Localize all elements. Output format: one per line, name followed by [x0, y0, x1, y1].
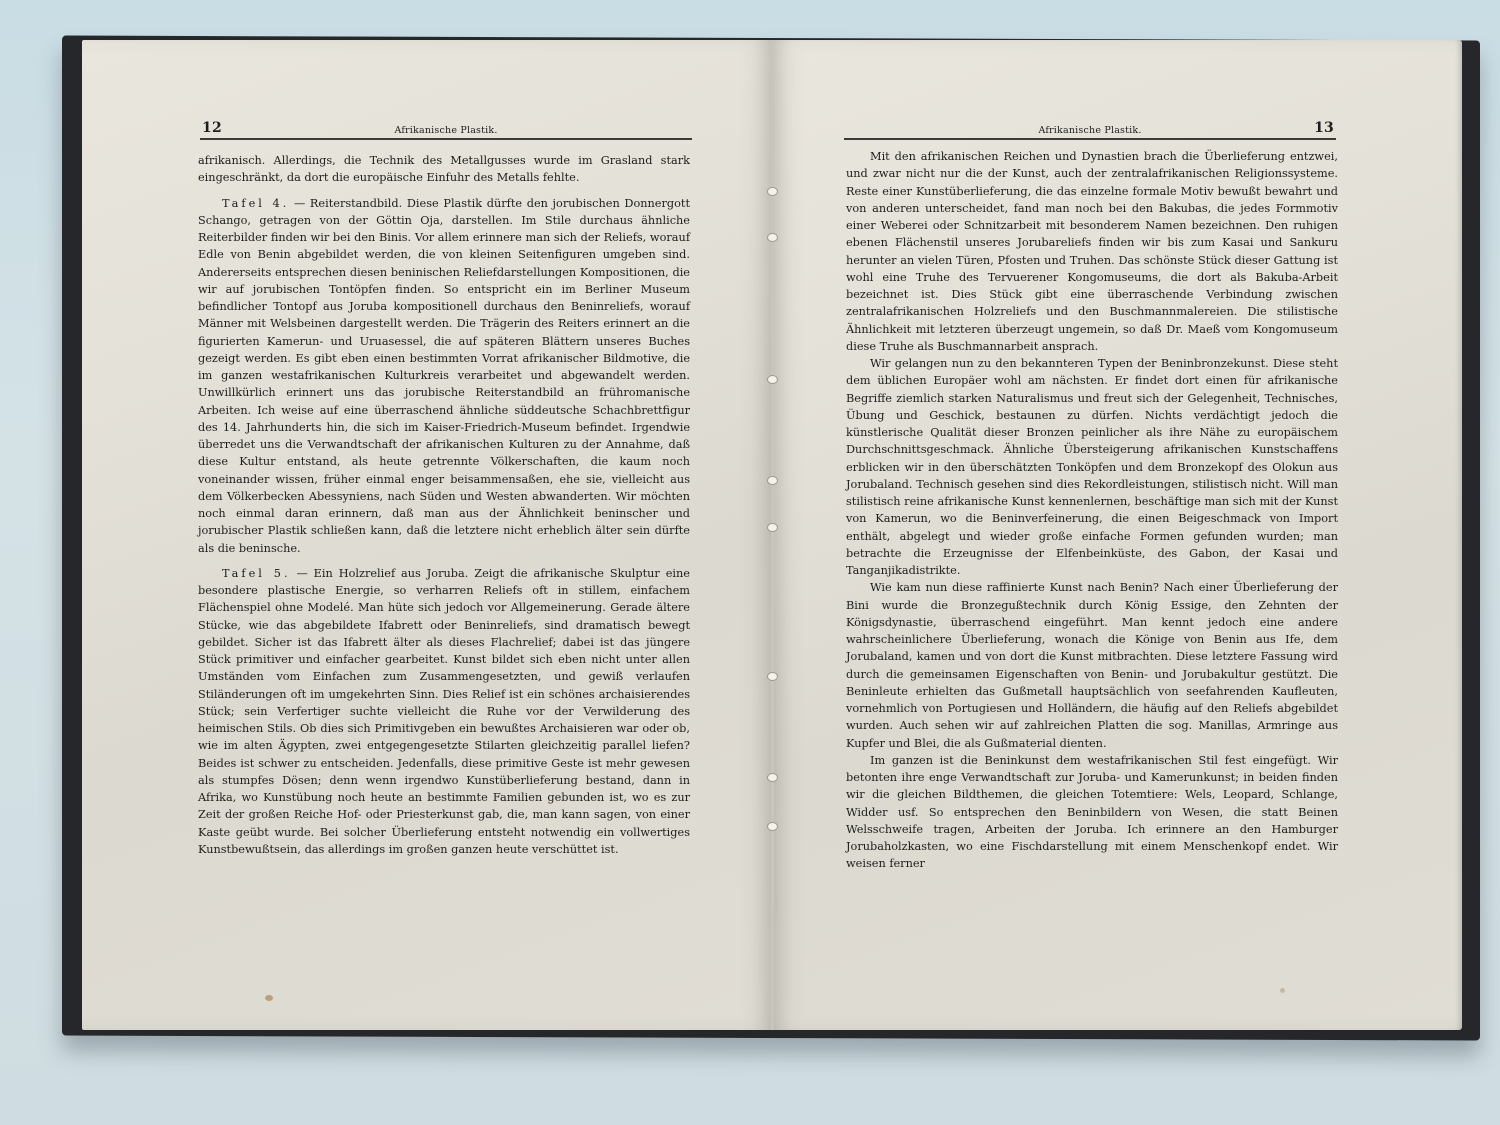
- paragraph: Mit den afrikanischen Reichen und Dynast…: [846, 148, 1338, 355]
- left-page-header: 12 Afrikanische Plastik.: [200, 120, 692, 140]
- paragraph: Wie kam nun diese raffinierte Kunst nach…: [846, 579, 1338, 752]
- paper-stain: [1280, 988, 1285, 993]
- running-title: Afrikanische Plastik.: [200, 125, 692, 136]
- right-page: Afrikanische Plastik. 13 Mit den afrikan…: [772, 40, 1462, 1030]
- binding-stitch: [767, 375, 778, 384]
- paragraph-tafel-5: Tafel 5. — Ein Holzrelief aus Joruba. Ze…: [198, 565, 690, 858]
- left-page-body: afrikanisch. Allerdings, die Technik des…: [198, 152, 690, 858]
- binding-stitch: [767, 476, 778, 485]
- plate-reference: Tafel 4.: [222, 197, 289, 210]
- paragraph-text: afrikanisch. Allerdings, die Technik des…: [198, 154, 690, 184]
- paragraph-text: — Reiterstandbild. Diese Plastik dürfte …: [198, 197, 690, 555]
- binding-stitch: [767, 233, 778, 242]
- binding-stitch: [767, 822, 778, 831]
- binding-stitch: [767, 773, 778, 782]
- binding-stitch: [767, 523, 778, 532]
- binding-stitch: [767, 187, 778, 196]
- left-page: 12 Afrikanische Plastik. afrikanisch. Al…: [82, 40, 772, 1030]
- binding-stitch: [767, 672, 778, 681]
- paragraph-tafel-4: Tafel 4. — Reiterstandbild. Diese Plasti…: [198, 195, 690, 557]
- plate-reference: Tafel 5.: [222, 567, 291, 580]
- paragraph: afrikanisch. Allerdings, die Technik des…: [198, 152, 690, 187]
- running-title: Afrikanische Plastik.: [844, 125, 1336, 136]
- paper-stain: [265, 995, 273, 1001]
- paragraph: Wir gelangen nun zu den bekannteren Type…: [846, 355, 1338, 579]
- paragraph-text: — Ein Holzrelief aus Joruba. Zeigt die a…: [198, 567, 690, 856]
- right-page-body: Mit den afrikanischen Reichen und Dynast…: [846, 148, 1338, 873]
- page-number: 13: [1314, 120, 1334, 136]
- paragraph: Im ganzen ist die Beninkunst dem westafr…: [846, 752, 1338, 873]
- right-page-header: Afrikanische Plastik. 13: [844, 120, 1336, 140]
